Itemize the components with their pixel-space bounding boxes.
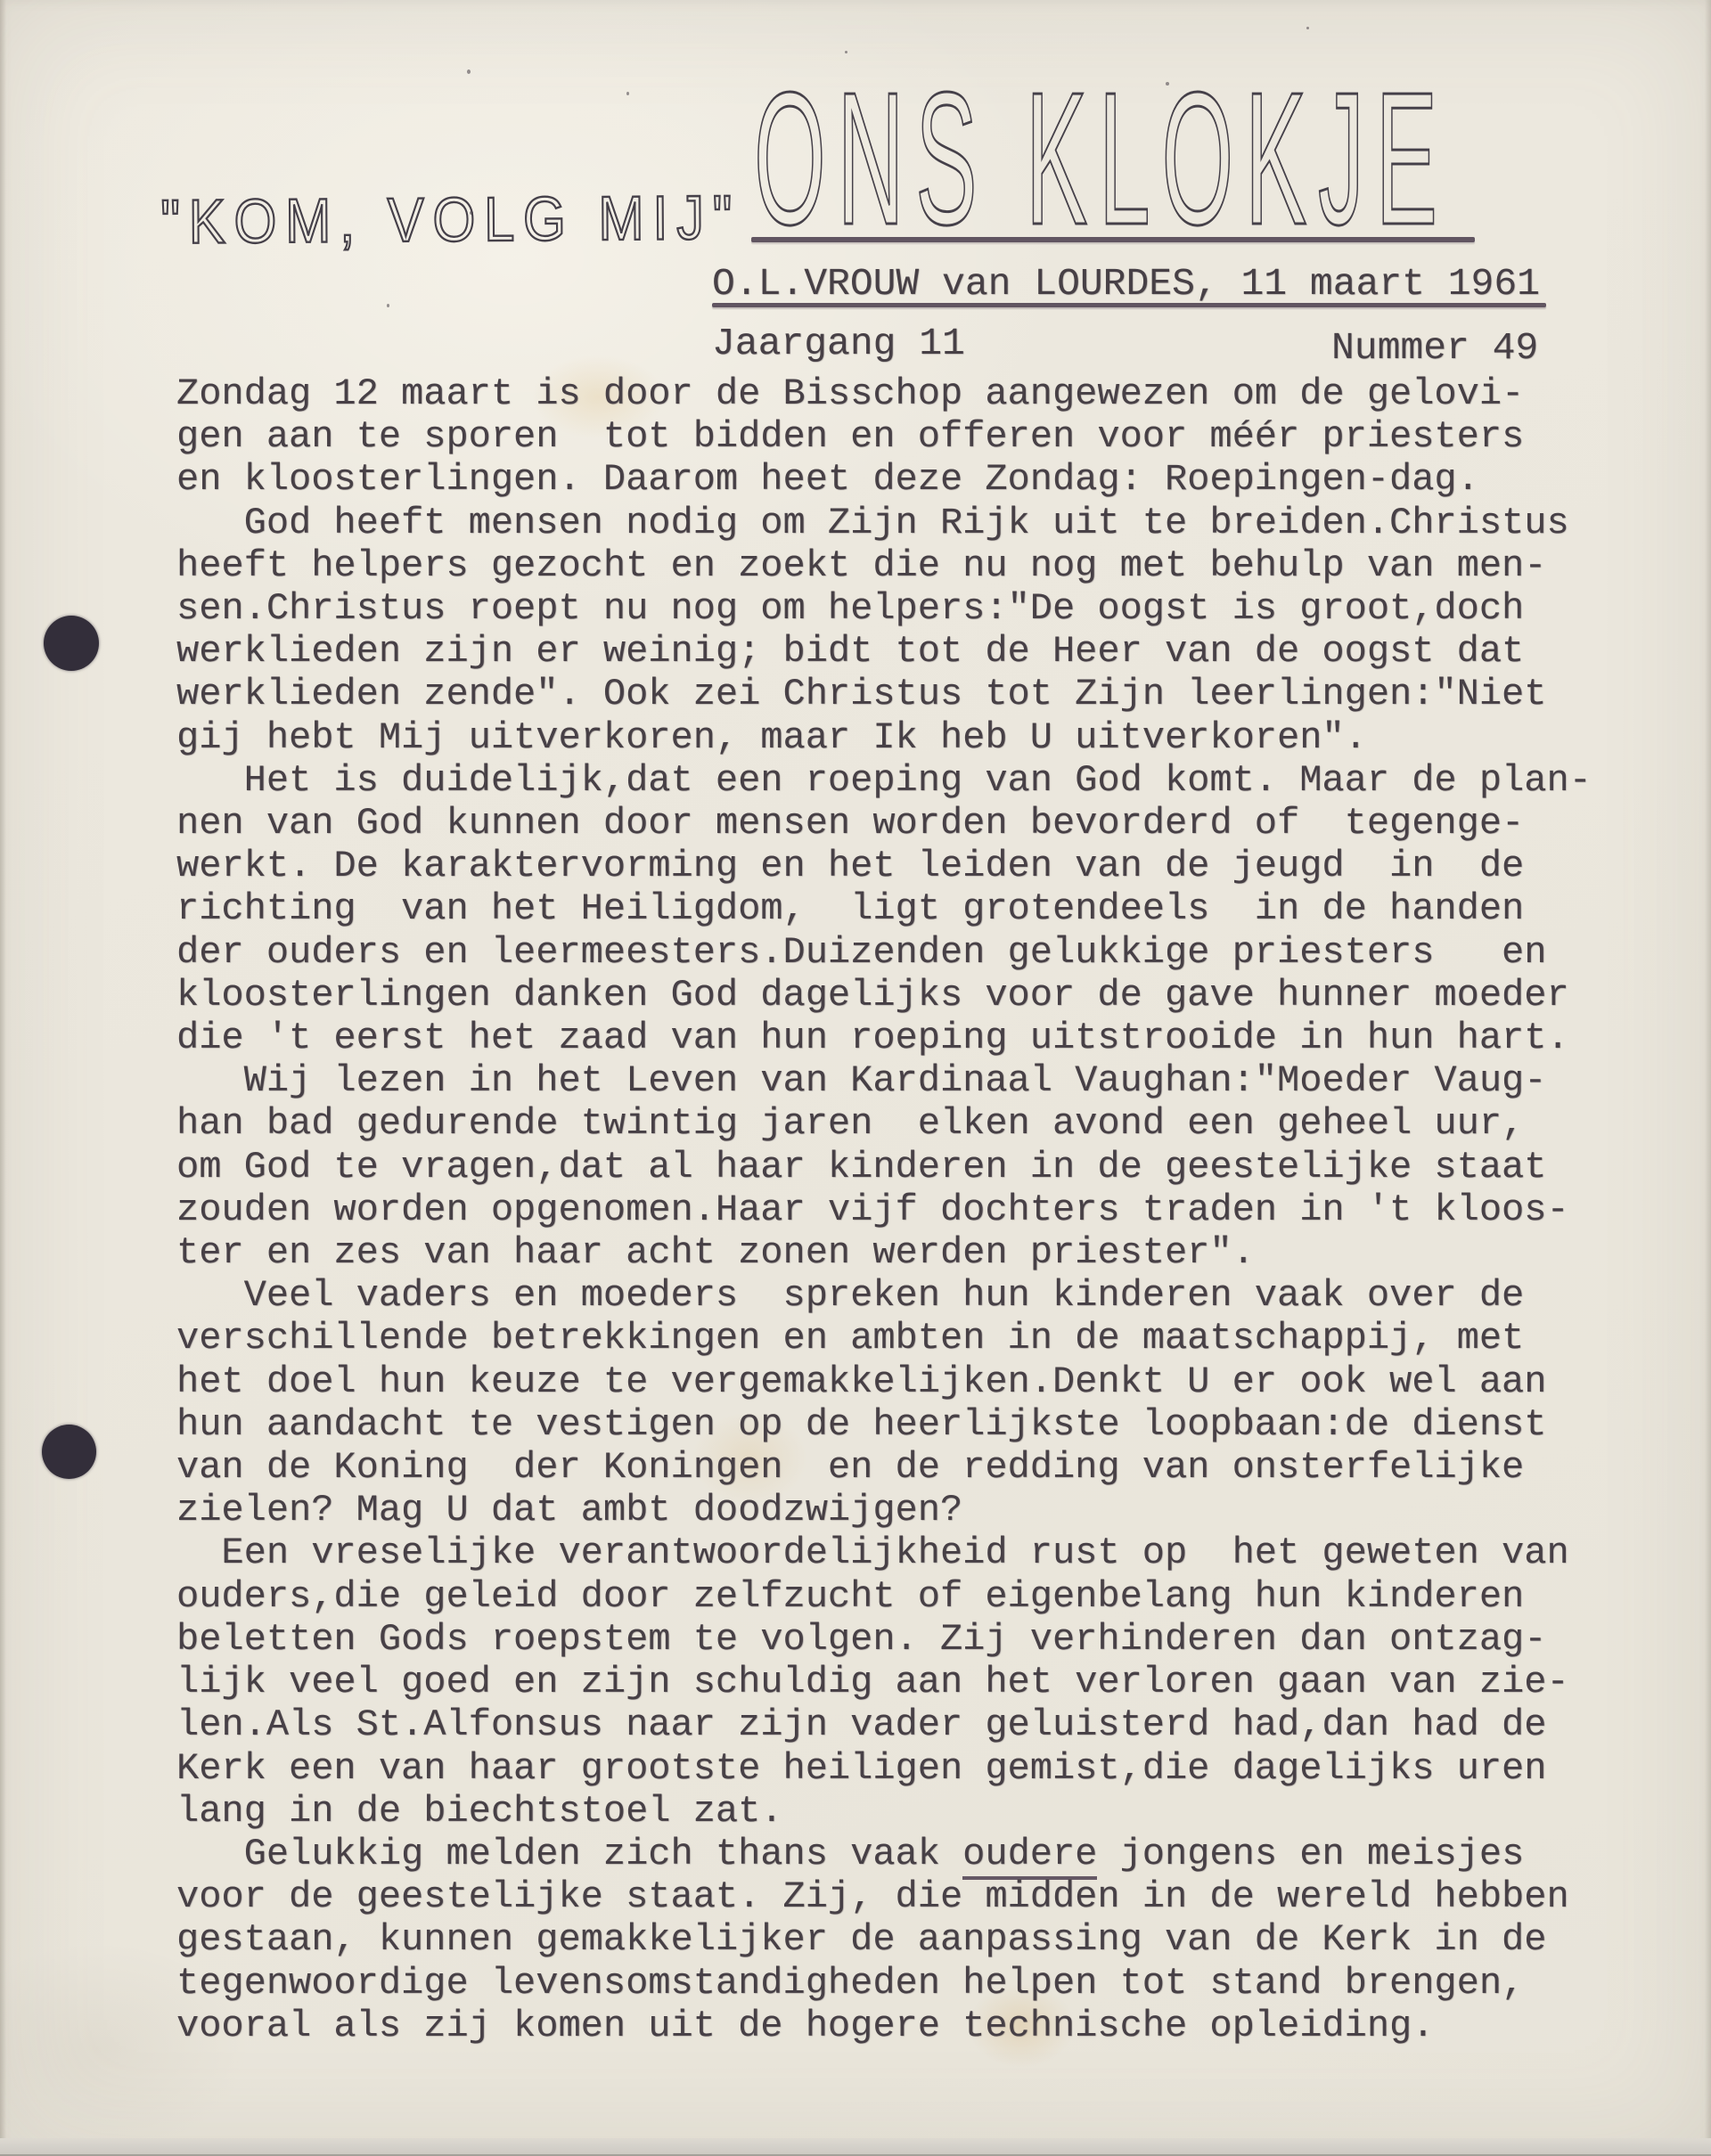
body-line: richting van het Heiligdom, ligt grotend… bbox=[176, 887, 1592, 930]
body-line: en kloosterlingen. Daarom heet deze Zond… bbox=[176, 458, 1592, 501]
scan-speck bbox=[626, 92, 629, 95]
body-line: voor de geestelijke staat. Zij, die midd… bbox=[176, 1875, 1592, 1918]
underlined-word: oudere bbox=[962, 1833, 1097, 1880]
body-line: verschillende betrekkingen en ambten in … bbox=[176, 1317, 1592, 1360]
body-line: ouders,die geleid door zelfzucht of eige… bbox=[176, 1575, 1592, 1618]
scan-speck bbox=[387, 304, 389, 307]
scan-speck bbox=[1306, 27, 1309, 29]
body-line: werklieden zijn er weinig; bidt tot de H… bbox=[176, 630, 1592, 673]
body-line: zouden worden opgenomen.Haar vijf dochte… bbox=[176, 1188, 1592, 1231]
body-line: sen.Christus roept nu nog om helpers:"De… bbox=[176, 587, 1592, 630]
scanned-page: "KOM, VOLG MIJ" ONS KLOKJE O.L.VROUW van… bbox=[0, 0, 1711, 2156]
body-line: die 't eerst het zaad van hun roeping ui… bbox=[176, 1017, 1592, 1059]
punch-hole-bottom bbox=[42, 1425, 96, 1479]
body-line: Zondag 12 maart is door de Bisschop aang… bbox=[176, 372, 1592, 415]
masthead-subtitle: O.L.VROUW van LOURDES, 11 maart 1961 bbox=[712, 264, 1540, 305]
scan-edge-bottom bbox=[0, 2138, 1711, 2156]
body-line: gij hebt Mij uitverkoren, maar Ik heb U … bbox=[176, 716, 1592, 759]
scan-speck bbox=[467, 69, 471, 74]
scan-edge-left bbox=[0, 0, 6, 2156]
body-line: werkt. De karaktervorming en het leiden … bbox=[176, 845, 1592, 887]
issue-label: Nummer 49 bbox=[1331, 328, 1538, 369]
body-line: len.Als St.Alfonsus naar zijn vader gelu… bbox=[176, 1703, 1592, 1746]
body-line: Het is duidelijk,dat een roeping van God… bbox=[176, 759, 1592, 802]
body-line: Gelukkig melden zich thans vaak oudere j… bbox=[176, 1833, 1592, 1875]
body-line: God heeft mensen nodig om Zijn Rijk uit … bbox=[176, 502, 1592, 544]
body-line: lang in de biechtstoel zat. bbox=[176, 1790, 1592, 1833]
body-line: Veel vaders en moeders spreken hun kinde… bbox=[176, 1274, 1592, 1317]
body-line: gen aan te sporen tot bidden en offeren … bbox=[176, 415, 1592, 458]
body-line: Kerk een van haar grootste heiligen gemi… bbox=[176, 1747, 1592, 1790]
body-line: der ouders en leermeesters.Duizenden gel… bbox=[176, 931, 1592, 974]
body-line: van de Koning der Koningen en de redding… bbox=[176, 1446, 1592, 1489]
body-line: ter en zes van haar acht zonen werden pr… bbox=[176, 1231, 1592, 1274]
masthead-quote: "KOM, VOLG MIJ" bbox=[160, 186, 741, 253]
body-line: zielen? Mag U dat ambt doodzwijgen? bbox=[176, 1489, 1592, 1531]
body-line: het doel hun keuze te vergemakkelijken.D… bbox=[176, 1360, 1592, 1403]
body-line: om God te vragen,dat al haar kinderen in… bbox=[176, 1146, 1592, 1188]
scan-edge-right bbox=[1705, 0, 1711, 2156]
body-line: beletten Gods roepstem te volgen. Zij ve… bbox=[176, 1618, 1592, 1661]
masthead-title: ONS KLOKJE bbox=[754, 82, 1449, 235]
punch-hole-top bbox=[44, 616, 99, 671]
body-text: Zondag 12 maart is door de Bisschop aang… bbox=[176, 372, 1592, 2047]
body-line: lijk veel goed en zijn schuldig aan het … bbox=[176, 1661, 1592, 1703]
body-line: han bad gedurende twintig jaren elken av… bbox=[176, 1102, 1592, 1145]
body-line: vooral als zij komen uit de hogere techn… bbox=[176, 2005, 1592, 2047]
body-line: heeft helpers gezocht en zoekt die nu no… bbox=[176, 544, 1592, 587]
volume-label: Jaargang 11 bbox=[712, 323, 965, 364]
body-line: Een vreselijke verantwoordelijkheid rust… bbox=[176, 1531, 1592, 1574]
subtitle-rule bbox=[712, 303, 1546, 307]
body-line: nen van God kunnen door mensen worden be… bbox=[176, 802, 1592, 845]
body-line: werklieden zende". Ook zei Christus tot … bbox=[176, 673, 1592, 715]
body-line: Wij lezen in het Leven van Kardinaal Vau… bbox=[176, 1059, 1592, 1102]
body-line: gestaan, kunnen gemakkelijker de aanpass… bbox=[176, 1918, 1592, 1961]
body-line: kloosterlingen danken God dagelijks voor… bbox=[176, 974, 1592, 1017]
title-rule bbox=[751, 237, 1475, 242]
body-line: tegenwoordige levensomstandigheden helpe… bbox=[176, 1962, 1592, 2005]
body-line: hun aandacht te vestigen op de heerlijks… bbox=[176, 1403, 1592, 1446]
